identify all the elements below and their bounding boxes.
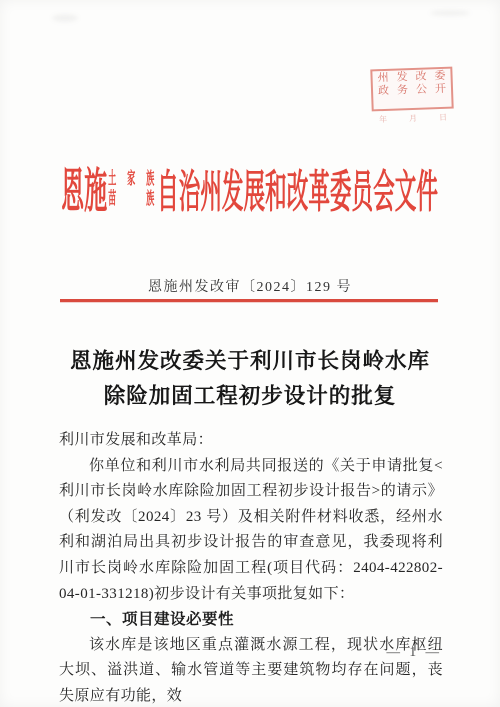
- ethnic-tujia-label: 土家族: [109, 169, 155, 189]
- ethnic-miao-label: 苗 族: [109, 189, 155, 209]
- org-name-suffix: 自治州发展和改革委员会文件: [158, 170, 439, 215]
- scan-smudge: [430, 10, 470, 16]
- paragraph-1: 你单位和利川市水利局共同报送的《关于申请批复<利川市长岗岭水库除险加固工程初步设…: [59, 454, 443, 608]
- salutation: 利川市发展和改革局：: [59, 428, 443, 454]
- page-number: — 1 —: [387, 644, 443, 660]
- org-name-prefix: 恩施: [62, 168, 108, 216]
- red-divider-line: [60, 299, 438, 302]
- title-line-1: 恩施州发改委关于利川市长岗岭水库: [0, 344, 500, 379]
- ethnic-names-stack: 土家族 苗 族: [109, 169, 155, 209]
- paragraph-2: 该水库是该地区重点灌溉水源工程，现状水库枢纽大坝、溢洪道、输水管道等主要建筑物均…: [59, 633, 443, 707]
- gov-disclosure-stamp: 州 发 改 委 政 务 公 开 年 月 日: [370, 67, 453, 112]
- stamp-date-row: 年 月 日: [379, 113, 447, 125]
- red-letterhead: 恩施 土家族 苗 族 自治州发展和改革委员会文件: [0, 158, 500, 226]
- document-page: 州 发 改 委 政 务 公 开 年 月 日 恩施 土家族 苗 族 自治州发展和改…: [0, 0, 500, 707]
- scan-smudge: [52, 14, 78, 22]
- title-line-2: 除险加固工程初步设计的批复: [0, 379, 500, 414]
- stamp-divider: [373, 96, 374, 114]
- document-title: 恩施州发改委关于利川市长岗岭水库 除险加固工程初步设计的批复: [0, 344, 500, 414]
- document-reference-number: 恩施州发改审〔2024〕129 号: [0, 276, 500, 296]
- stamp-row-2: 政 务 公 开: [378, 82, 446, 97]
- document-body: 利川市发展和改革局： 你单位和利川市水利局共同报送的《关于申请批复<利川市长岗岭…: [59, 428, 443, 707]
- letterhead-text: 恩施 土家族 苗 族 自治州发展和改革委员会文件: [62, 168, 439, 216]
- section-heading-1: 一、项目建设必要性: [59, 607, 443, 633]
